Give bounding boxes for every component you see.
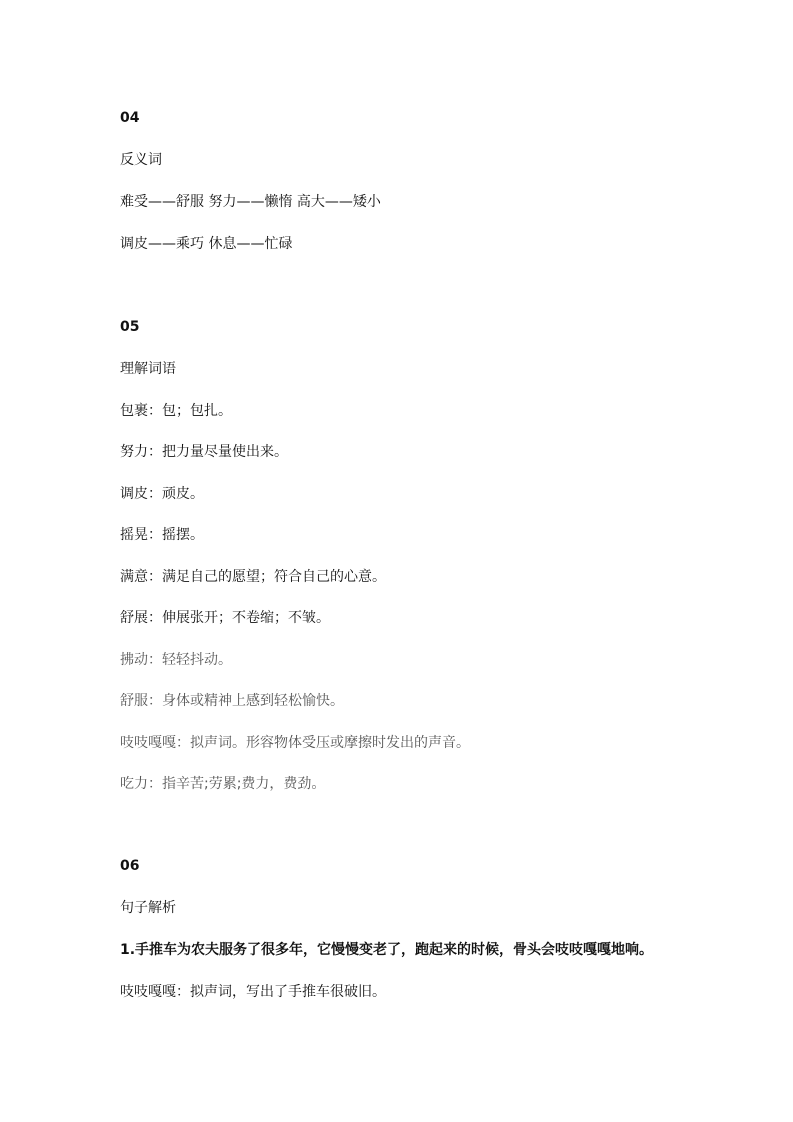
section-number-06: 06 xyxy=(120,857,139,875)
vocabulary-definition: 摇晃：摇摆。 xyxy=(120,526,204,544)
vocabulary-definition: 努力：把力量尽量使出来。 xyxy=(120,443,288,461)
vocabulary-definition: 包裹：包；包扎。 xyxy=(120,402,232,420)
section-title-vocabulary: 理解词语 xyxy=(120,360,176,378)
vocabulary-definition: 舒服：身体或精神上感到轻松愉快。 xyxy=(120,692,344,710)
analyzed-sentence: 1.手推车为农夫服务了很多年，它慢慢变老了，跑起来的时候，骨头会吱吱嘎嘎地响。 xyxy=(120,941,653,959)
vocabulary-definition: 拂动：轻轻抖动。 xyxy=(120,651,232,669)
section-number-05: 05 xyxy=(120,318,139,336)
section-number-04: 04 xyxy=(120,109,139,127)
antonym-line: 调皮——乘巧 休息——忙碌 xyxy=(120,235,292,253)
section-title-antonyms: 反义词 xyxy=(120,151,162,169)
vocabulary-definition: 吃力：指辛苦;劳累;费力，费劲。 xyxy=(120,775,325,793)
vocabulary-definition: 满意：满足自己的愿望；符合自己的心意。 xyxy=(120,568,386,586)
section-title-sentence-analysis: 句子解析 xyxy=(120,899,176,917)
vocabulary-definition: 调皮：顽皮。 xyxy=(120,485,204,503)
antonym-line: 难受——舒服 努力——懒惰 高大——矮小 xyxy=(120,193,381,211)
vocabulary-definition: 舒展：伸展张开；不卷缩；不皱。 xyxy=(120,609,330,627)
vocabulary-definition: 吱吱嘎嘎：拟声词。形容物体受压或摩擦时发出的声音。 xyxy=(120,734,470,752)
sentence-explanation: 吱吱嘎嘎：拟声词，写出了手推车很破旧。 xyxy=(120,983,386,1001)
